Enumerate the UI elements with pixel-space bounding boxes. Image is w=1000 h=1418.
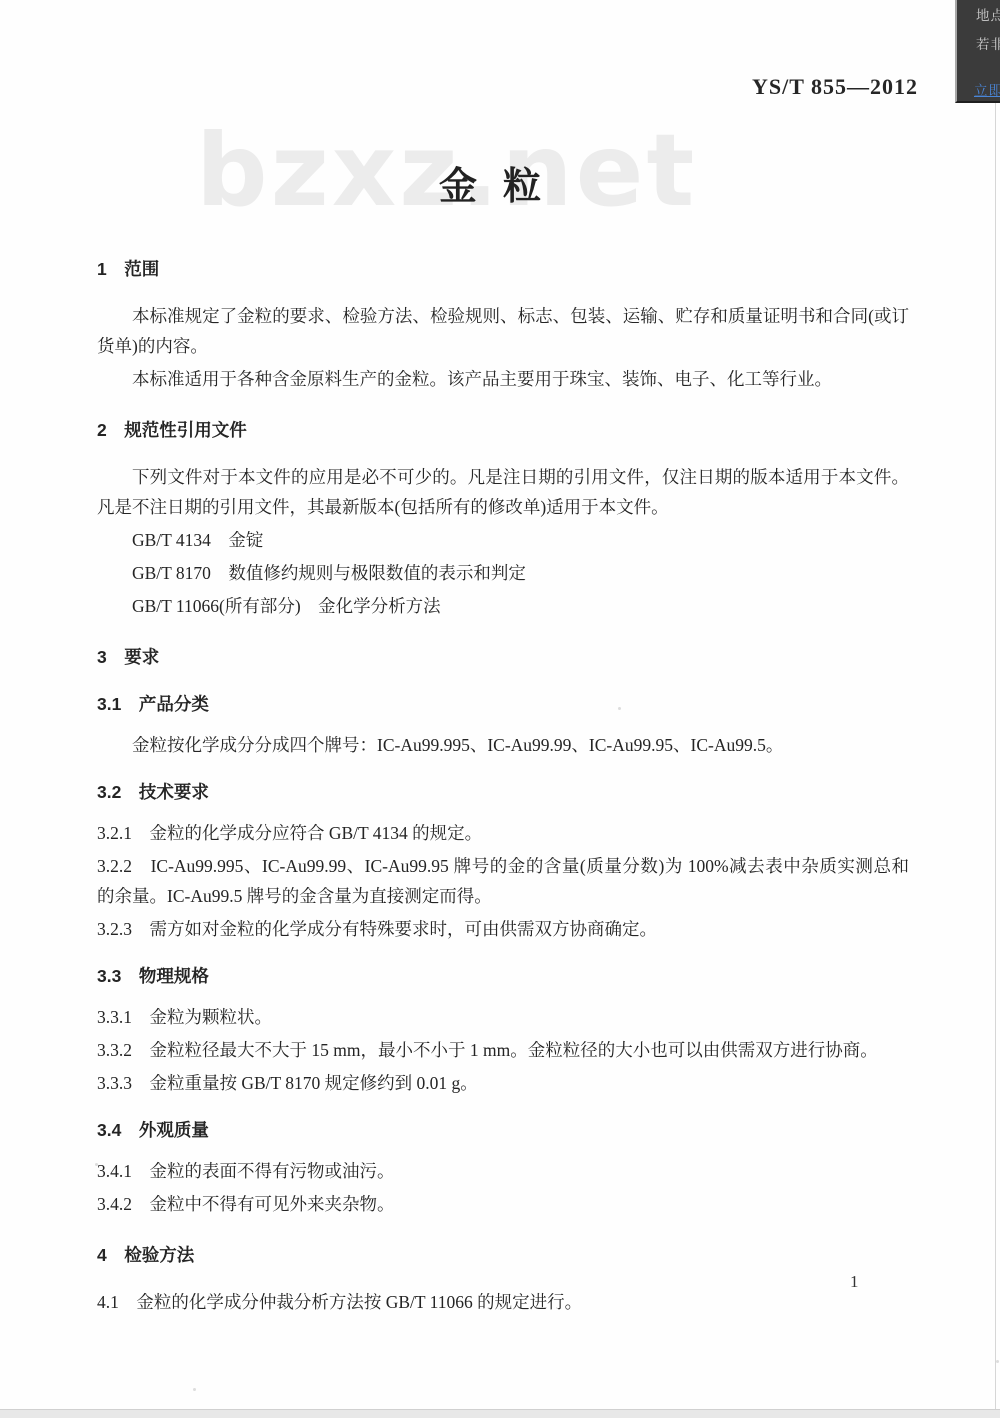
paragraph: 3.4.2 金粒中不得有可见外来夹杂物。: [97, 1189, 909, 1219]
section-heading: 3.3 物理规格: [97, 961, 909, 991]
paragraph: 3.3.2 金粒粒径最大不大于 15 mm，最小不小于 1 mm。金粒粒径的大小…: [97, 1035, 909, 1065]
page-title: 金粒: [0, 155, 980, 210]
scanned-document-page: bzxz.net YS/T 855—2012 金粒 1 范围本标准规定了金粒的要…: [0, 0, 1000, 1418]
paragraph: GB/T 11066(所有部分) 金化学分析方法: [97, 591, 909, 621]
section-heading: 1 范围: [97, 254, 909, 284]
paragraph: 本标准适用于各种含金原料生产的金粒。该产品主要用于珠宝、装饰、电子、化工等行业。: [97, 364, 909, 394]
paragraph: 3.2.2 IC-Au99.995、IC-Au99.99、IC-Au99.95 …: [97, 851, 909, 911]
paragraph: 本标准规定了金粒的要求、检验方法、检验规则、标志、包装、运输、贮存和质量证明书和…: [97, 301, 909, 361]
paragraph: 4.1 金粒的化学成分仲裁分析方法按 GB/T 11066 的规定进行。: [97, 1287, 909, 1317]
scan-speck: [618, 707, 621, 710]
scan-speck: [193, 1388, 196, 1391]
overlay-action-link[interactable]: 立即: [974, 79, 1000, 99]
scan-speck: [996, 1360, 999, 1363]
paragraph: 3.3.1 金粒为颗粒状。: [97, 1002, 909, 1032]
paragraph: 3.3.3 金粒重量按 GB/T 8170 规定修约到 0.01 g。: [97, 1068, 909, 1098]
section-heading: 2 规范性引用文件: [97, 415, 909, 445]
paragraph: GB/T 4134 金锭: [97, 525, 909, 555]
section-heading: 3.2 技术要求: [97, 777, 909, 807]
overlay-text-line: 若非: [957, 33, 1000, 53]
section-heading: 3.1 产品分类: [97, 689, 909, 719]
standard-code: YS/T 855—2012: [752, 74, 918, 100]
paragraph: 3.2.1 金粒的化学成分应符合 GB/T 4134 的规定。: [97, 818, 909, 848]
paragraph: 金粒按化学成分分成四个牌号：IC-Au99.995、IC-Au99.99、IC-…: [97, 730, 909, 760]
scan-speck: [95, 1163, 98, 1166]
section-heading: 3 要求: [97, 642, 909, 672]
overlay-panel: 地点 若非 立即: [955, 0, 1000, 103]
page-number: 1: [850, 1272, 859, 1292]
paragraph: GB/T 8170 数值修约规则与极限数值的表示和判定: [97, 558, 909, 588]
paragraph: 3.2.3 需方如对金粒的化学成分有特殊要求时，可由供需双方协商确定。: [97, 914, 909, 944]
overlay-text-line: 地点: [957, 4, 1000, 24]
paragraph: 3.4.1 金粒的表面不得有污物或油污。: [97, 1156, 909, 1186]
document-body: 1 范围本标准规定了金粒的要求、检验方法、检验规则、标志、包装、运输、贮存和质量…: [97, 233, 909, 1320]
section-heading: 3.4 外观质量: [97, 1115, 909, 1145]
section-heading: 4 检验方法: [97, 1240, 909, 1270]
paragraph: 下列文件对于本文件的应用是必不可少的。凡是注日期的引用文件，仅注日期的版本适用于…: [97, 462, 909, 522]
bottom-page-edge: [0, 1409, 1000, 1418]
page-edge-divider: [995, 103, 996, 1410]
document-content: YS/T 855—2012 金粒 1 范围本标准规定了金粒的要求、检验方法、检验…: [0, 0, 1000, 1418]
